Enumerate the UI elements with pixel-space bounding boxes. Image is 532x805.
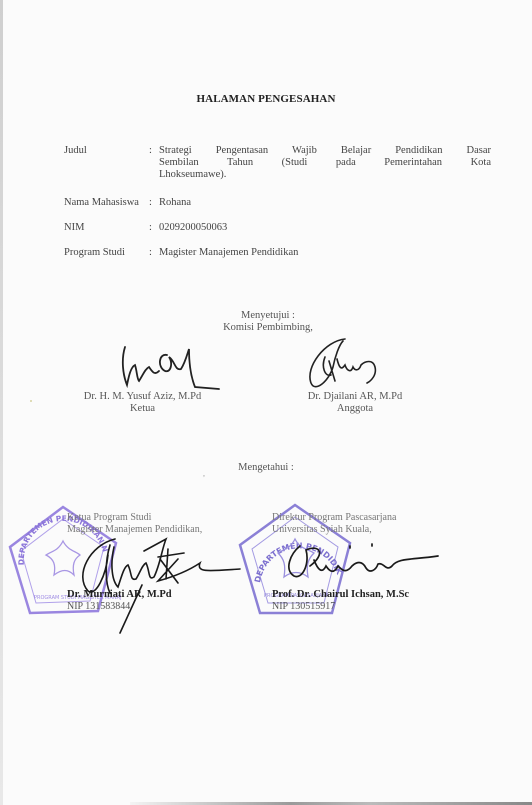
signer-role: Ketua <box>60 403 225 415</box>
acknowledgement-heading: Mengetahui : <box>0 462 532 474</box>
signer-name: Dr. Djailani AR, M.Pd <box>300 391 410 403</box>
signer-ketua: Dr. H. M. Yusuf Aziz, M.Pd Ketua <box>60 391 225 415</box>
signer-position-line2: Universitas Syiah Kuala, <box>272 524 396 536</box>
signer-position-line1: Ketua Program Studi <box>67 512 202 524</box>
page-title: HALAMAN PENGESAHAN <box>0 93 532 105</box>
page-edge-shadow <box>0 0 3 805</box>
signer-role: Anggota <box>300 403 410 415</box>
signer-direktur: Direktur Program Pascasarjana Universita… <box>272 512 396 536</box>
field-label: Judul <box>64 145 149 156</box>
approval-committee: Komisi Pembimbing, <box>2 322 532 334</box>
signer-name: Dr. H. M. Yusuf Aziz, M.Pd <box>60 391 225 403</box>
field-value: Magister Manajemen Pendidikan <box>159 247 491 258</box>
signature-anggota <box>295 337 395 397</box>
judul-line-1: Strategi Pengentasan Wajib Belajar Pendi… <box>159 145 491 157</box>
field-value: Rohana <box>159 197 491 208</box>
signer-nip: NIP 130515917 <box>272 601 409 613</box>
field-label: Program Studi <box>64 247 149 258</box>
signer-anggota: Dr. Djailani AR, M.Pd Anggota <box>300 391 410 415</box>
signer-kaprodi: Ketua Program Studi Magister Manajemen P… <box>67 512 202 536</box>
field-separator: : <box>149 247 152 258</box>
field-value: 0209200050063 <box>159 222 491 233</box>
paper-speck <box>30 400 32 402</box>
signer-direktur-name-block: Prof. Dr. Chairul Ichsan, M.Sc NIP 13051… <box>272 589 409 613</box>
field-separator: : <box>149 197 152 208</box>
field-label: Nama Mahasiswa <box>64 197 149 208</box>
judul-line-2: Sembilan Tahun (Studi pada Pemerintahan … <box>159 157 491 169</box>
signature-ketua <box>115 345 225 395</box>
field-label: NIM <box>64 222 149 233</box>
signer-name: Prof. Dr. Chairul Ichsan, M.Sc <box>272 589 409 601</box>
judul-line-3: Lhokseumawe). <box>159 169 491 181</box>
signer-position-line1: Direktur Program Pascasarjana <box>272 512 396 524</box>
signature-direktur <box>280 540 440 585</box>
field-value-judul: Strategi Pengentasan Wajib Belajar Pendi… <box>159 145 491 181</box>
signature-kaprodi <box>70 535 245 635</box>
field-separator: : <box>149 145 152 156</box>
approval-heading: Menyetujui : <box>2 310 532 322</box>
field-separator: : <box>149 222 152 233</box>
